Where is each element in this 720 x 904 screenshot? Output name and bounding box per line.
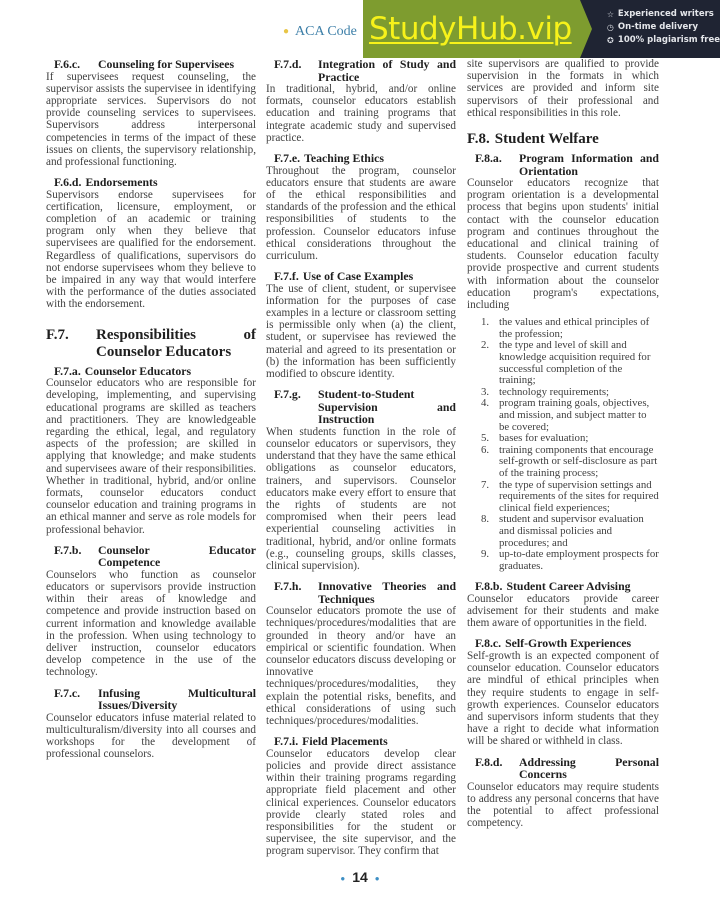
left-column: F.6.c. Counseling for Supervisees If sup…: [46, 58, 256, 760]
section-number: F.7.d.: [266, 58, 318, 83]
section-heading-f7c: F.7.c. Infusing Multicultural Issues/Div…: [46, 687, 256, 712]
section-body-f7g: When students function in the role of co…: [266, 426, 456, 572]
page-number-text: 14: [352, 869, 368, 885]
section-body-f8c: Self-growth is an expected component of …: [467, 650, 659, 748]
section-body-f7e: Throughout the program, counselor educat…: [266, 165, 456, 263]
clock-icon: ◷: [606, 23, 615, 32]
section-number: F.8.b.: [467, 580, 502, 593]
feature-label: 100% plagiarism free: [618, 35, 720, 45]
section-title: Self-Growth Experiences: [505, 637, 659, 650]
section-number: F.8.d.: [467, 756, 519, 781]
page-number: ●14●: [0, 869, 720, 885]
section-heading-f7a: F.7.a. Counselor Educators: [46, 365, 256, 378]
section-title: Responsibilities of Counselor Educators: [96, 327, 256, 361]
section-body-f6d: Supervisors endorse supervisees for cert…: [46, 189, 256, 311]
section-title: Counselor Educators: [85, 365, 256, 378]
section-title: Counseling for Supervisees: [98, 58, 256, 71]
section-heading-f8: F.8. Student Welfare: [467, 131, 659, 148]
section-heading-f7e: F.7.e. Teaching Ethics: [266, 152, 456, 165]
right-column: site supervisors are qualified to provid…: [467, 58, 659, 829]
section-body-f8b: Counselor educators provide career advis…: [467, 593, 659, 630]
section-number: F.8.: [467, 131, 490, 148]
section-body-f7f: The use of client, student, or supervise…: [266, 283, 456, 381]
expectations-list: 1.the values and ethical principles of t…: [467, 317, 659, 572]
section-number: F.7.h.: [266, 580, 318, 605]
section-title: Endorsements: [85, 176, 256, 189]
section-number: F.7.g.: [266, 388, 318, 426]
section-body-f7a: Counselor educators who are responsible …: [46, 377, 256, 536]
bullet-icon: ●: [375, 874, 380, 883]
list-item: 4.program training goals, objectives, an…: [481, 398, 659, 433]
feature-label: Experienced writers: [618, 9, 714, 19]
studyhub-logo[interactable]: StudyHub.vip: [369, 11, 572, 47]
bullet-icon: ●: [340, 874, 345, 883]
studyhub-ad-banner[interactable]: StudyHub.vip ☆ Experienced writers ◷ On-…: [363, 0, 720, 58]
section-heading-f6c: F.6.c. Counseling for Supervisees: [46, 58, 256, 71]
section-title: Integration of Study and Practice: [318, 58, 456, 83]
section-title: Field Placements: [302, 735, 456, 748]
section-title: Student Welfare: [495, 131, 659, 148]
section-body-f8d: Counselor educators may require students…: [467, 781, 659, 830]
section-body-f7i: Counselor educators develop clear polici…: [266, 748, 456, 858]
section-heading-f8b: F.8.b. Student Career Advising: [467, 580, 659, 593]
section-body-f7i-continued: site supervisors are qualified to provid…: [467, 58, 659, 119]
section-heading-f8c: F.8.c. Self-Growth Experiences: [467, 637, 659, 650]
star-icon: ☆: [606, 10, 615, 19]
feature-plagiarism-free: ✪ 100% plagiarism free: [606, 35, 720, 45]
list-item: 1.the values and ethical principles of t…: [481, 317, 659, 340]
section-body-f7b: Counselors who function as counselor edu…: [46, 569, 256, 679]
section-body-f8a: Counselor educators recognize that progr…: [467, 177, 659, 311]
section-heading-f7i: F.7.i. Field Placements: [266, 735, 456, 748]
list-item: 6.training components that encourage sel…: [481, 445, 659, 480]
list-item: 9.up-to-date employment prospects for gr…: [481, 549, 659, 572]
feature-label: On-time delivery: [618, 22, 698, 32]
section-title: Program Information and Orientation: [519, 152, 659, 177]
running-head-text: ACA Code: [295, 24, 357, 39]
badge-icon: ✪: [606, 36, 615, 45]
section-title: Use of Case Examples: [303, 270, 456, 283]
section-heading-f8d: F.8.d. Addressing Personal Concerns: [467, 756, 659, 781]
section-number: F.8.c.: [467, 637, 501, 650]
section-number: F.7.i.: [266, 735, 298, 748]
bullet-icon: ●: [283, 26, 289, 37]
list-item: 7.the type of supervision settings and r…: [481, 480, 659, 515]
list-item: 2.the type and level of skill and knowle…: [481, 340, 659, 386]
section-number: F.7.e.: [266, 152, 300, 165]
section-number: F.6.d.: [46, 176, 81, 189]
section-title: Addressing Personal Concerns: [519, 756, 659, 781]
section-number: F.8.a.: [467, 152, 519, 177]
section-number: F.7.a.: [46, 365, 81, 378]
feature-experienced-writers: ☆ Experienced writers: [606, 9, 720, 19]
section-body-f7h: Counselor educators promote the use of t…: [266, 605, 456, 727]
section-title: Student-to-Student Supervision and Instr…: [318, 388, 456, 426]
section-heading-f7f: F.7.f. Use of Case Examples: [266, 270, 456, 283]
section-heading-f7d: F.7.d. Integration of Study and Practice: [266, 58, 456, 83]
section-heading-f8a: F.8.a. Program Information and Orientati…: [467, 152, 659, 177]
list-item: 8.student and supervisor evaluation and …: [481, 514, 659, 549]
banner-logo-panel[interactable]: StudyHub.vip: [363, 0, 580, 58]
section-body-f7c: Counselor educators infuse material rela…: [46, 712, 256, 761]
section-number: F.6.c.: [46, 58, 98, 71]
section-number: F.7.c.: [46, 687, 98, 712]
feature-on-time-delivery: ◷ On-time delivery: [606, 22, 720, 32]
middle-column: F.7.d. Integration of Study and Practice…: [266, 58, 456, 858]
section-heading-f6d: F.6.d. Endorsements: [46, 176, 256, 189]
section-title: Innovative Theories and Techniques: [318, 580, 456, 605]
banner-features-panel: ☆ Experienced writers ◷ On-time delivery…: [580, 0, 720, 58]
section-title: Student Career Advising: [506, 580, 659, 593]
section-heading-f7h: F.7.h. Innovative Theories and Technique…: [266, 580, 456, 605]
section-number: F.7.f.: [266, 270, 299, 283]
section-body-f7d: In traditional, hybrid, and/or online fo…: [266, 83, 456, 144]
section-title: Infusing Multicultural Issues/Diversity: [98, 687, 256, 712]
section-heading-f7: F.7. Responsibilities of Counselor Educa…: [46, 327, 256, 361]
section-heading-f7b: F.7.b. Counselor Educator Competence: [46, 544, 256, 569]
section-number: F.7.b.: [46, 544, 98, 569]
section-heading-f7g: F.7.g. Student-to-Student Supervision an…: [266, 388, 456, 426]
section-number: F.7.: [46, 327, 96, 361]
running-head: ●ACA Code: [283, 24, 357, 40]
section-title: Teaching Ethics: [304, 152, 456, 165]
section-title: Counselor Educator Competence: [98, 544, 256, 569]
section-body-f6c: If supervisees request counseling, the s…: [46, 71, 256, 169]
